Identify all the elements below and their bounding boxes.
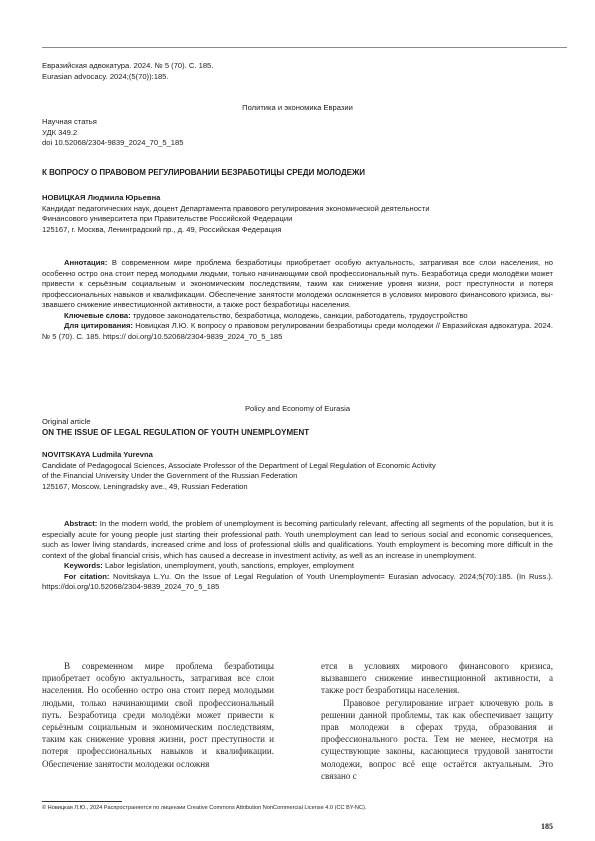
- author-name-ru: НОВИЦКАЯ Людмила Юрьевна: [42, 193, 429, 204]
- abstract-ru: Аннотация: В современном мире проблема б…: [42, 258, 553, 311]
- keywords-text-ru: трудовое законодательство, безработица, …: [131, 311, 468, 320]
- abstract-block-en: Abstract: In the modern world, the probl…: [42, 519, 553, 593]
- body-column-2: ется в условиях мирового финансового кри…: [321, 660, 553, 782]
- citation-text-en[interactable]: Novitskaya L.Yu. On the Issue of Legal R…: [42, 572, 553, 592]
- article-type-ru: Научная статья: [42, 117, 183, 128]
- author-block-en: NOVITSKAYA Ludmila Yurevna Candidate of …: [42, 450, 436, 492]
- article-type-en: Original article: [42, 417, 309, 428]
- abstract-text-ru: В современном мире проблема безработицы …: [42, 258, 553, 309]
- udc: УДК 349.2: [42, 128, 183, 139]
- citation-en: Eurasian advocacy. 2024;(5(70)):185.: [42, 72, 213, 83]
- footnote-rule: [42, 801, 122, 802]
- abstract-en: Abstract: In the modern world, the probl…: [42, 519, 553, 561]
- affiliation-ru-1: Кандидат педагогических наук, доцент Деп…: [42, 204, 429, 215]
- affiliation-en-2: of the Financial University Under the Go…: [42, 471, 436, 482]
- citation-label-en: For citation:: [64, 572, 109, 581]
- citation-label-ru: Для цитирования:: [64, 321, 133, 330]
- affiliation-ru-2: Финансового университета при Правительст…: [42, 214, 429, 225]
- keywords-text-en: Labor legislation, unemployment, youth, …: [103, 561, 354, 570]
- keywords-en: Keywords: Labor legislation, unemploymen…: [42, 561, 553, 572]
- article-meta-ru: Научная статья УДК 349.2 doi 10.52068/23…: [42, 117, 183, 149]
- section-en: Policy and Economy of Eurasia: [42, 404, 553, 413]
- abstract-text-en: In the modern world, the problem of unem…: [42, 519, 553, 560]
- article-title-en: ON THE ISSUE OF LEGAL REGULATION OF YOUT…: [42, 428, 309, 439]
- keywords-label-ru: Ключевые слова:: [64, 311, 131, 320]
- body-paragraph-1-continued: ется в условиях мирового финансового кри…: [321, 660, 553, 697]
- section-ru: Политика и экономика Евразии: [42, 103, 553, 112]
- for-citation-ru: Для цитирования: Новицкая Л.Ю. К вопросу…: [42, 321, 553, 342]
- abstract-block-ru: Аннотация: В современном мире проблема б…: [42, 258, 553, 342]
- body-paragraph-2: Правовое регулирование играет ключевую р…: [321, 697, 553, 782]
- for-citation-en: For citation: Novitskaya L.Yu. On the Is…: [42, 572, 553, 593]
- keywords-ru: Ключевые слова: трудовое законодательств…: [42, 311, 553, 322]
- keywords-label-en: Keywords:: [64, 561, 103, 570]
- affiliation-ru-3: 125167, г. Москва, Ленинградский пр., д.…: [42, 225, 429, 236]
- abstract-label-en: Abstract:: [64, 519, 97, 528]
- article-meta-en: Original article ON THE ISSUE OF LEGAL R…: [42, 417, 309, 438]
- affiliation-en-3: 125167, Moscow, Leningradsky ave., 49, R…: [42, 482, 436, 493]
- author-name-en: NOVITSKAYA Ludmila Yurevna: [42, 450, 436, 461]
- author-block-ru: НОВИЦКАЯ Людмила Юрьевна Кандидат педаго…: [42, 193, 429, 235]
- affiliation-en-1: Candidate of Pedagogocal Sciences, Assoc…: [42, 461, 436, 472]
- doi[interactable]: doi 10.52068/2304-9839_2024_70_5_185: [42, 138, 183, 149]
- article-title-ru: К ВОПРОСУ О ПРАВОВОМ РЕГУЛИРОВАНИИ БЕЗРА…: [42, 168, 365, 179]
- license-footnote: © Новицкая Л.Ю., 2024 Распространяется п…: [42, 805, 366, 811]
- abstract-label-ru: Аннотация:: [64, 258, 107, 267]
- body-paragraph-1: В современном мире проблема безработицы …: [42, 660, 274, 770]
- citation-ru: Евразийская адвокатура. 2024. № 5 (70). …: [42, 61, 213, 72]
- journal-citation-block: Евразийская адвокатура. 2024. № 5 (70). …: [42, 61, 213, 82]
- header-rule: [42, 47, 567, 48]
- page-number: 185: [541, 822, 553, 831]
- body-column-1: В современном мире проблема безработицы …: [42, 660, 274, 770]
